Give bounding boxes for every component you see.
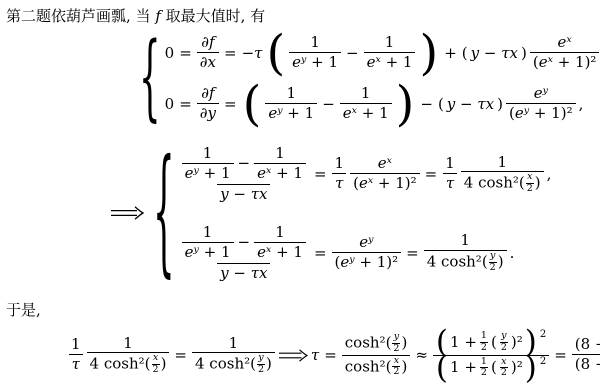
tok: ) [266,355,272,373]
tok: −τ [242,44,263,62]
equation-system-1: { 0 = ∂f ∂x = −τ ( 1 eʸ + 1 − 1 eˣ + 1 )… [139,33,600,124]
den: cosh²(x2) [342,355,411,379]
frac-1-over-ey1: 1 eʸ + 1 [182,144,234,183]
tok: 1 [332,154,348,173]
tok: 1 + [450,358,477,378]
tok: ∂y [197,103,219,124]
tok: 1 [200,144,216,163]
frac-1-over-ex1: 1 eˣ + 1 [364,33,416,72]
tok: eʸ [185,243,199,261]
tok: eʸ [185,164,199,182]
tok: 1 [442,154,458,173]
tok: τ [443,173,457,194]
frac-approx-ratio: ( 1 + 12 ( y2 )² ) 2 ( 1 + 12 ( x2 )² ) … [433,330,549,381]
equation-ratio-y: 1 eʸ + 1 − 1 eˣ + 1 y − τx = eʸ (eʸ + 1)… [179,222,552,284]
frac-ex-over-ex1sq: eˣ (eˣ + 1)² [530,33,600,72]
tok: x [394,356,399,367]
tok: + 1 [199,243,231,261]
tok: 1 [272,223,288,242]
tok: 2 [392,366,400,378]
tok: 4 cosh²( [195,355,256,373]
num: 1 eʸ + 1 − 1 eˣ + 1 [179,143,309,184]
tok: ∂x [197,52,219,73]
tok: ∂f [198,84,217,103]
den: eˣ + 1 [340,103,392,124]
tok: = [312,165,329,183]
tok: 2 [257,364,265,376]
tok: + 1 [357,104,389,122]
tok: eˣ [555,33,575,52]
den: (eʸ + 1)² [506,103,576,124]
small-frac-x-2: x2 [526,172,534,195]
tok: = [222,95,239,113]
tok: ( [438,95,444,113]
tok: 0 [165,44,175,62]
tok: 1 [307,33,323,52]
tok: − [320,95,337,113]
tok: − [344,44,361,62]
frac-1-over-tau: 1 τ [68,335,84,374]
tok: eˣ [539,53,553,71]
tok: 1 [481,331,487,342]
frac-8y2-over-8x2: (8 + y²)² (8 + x²)² [572,335,600,374]
tok: 2 [480,342,488,354]
small-frac-1-2: 12 [480,357,488,380]
tok: 2 [392,343,400,355]
tok: 1 [200,223,216,242]
tok: + 1)² [529,104,573,122]
den: eʸ + 1 [182,163,234,184]
tok: 2 [489,262,497,274]
tok: eʸ [515,104,529,122]
tok: 2 [152,364,160,376]
tok: 1 [358,84,374,103]
tok: = [322,346,339,364]
intro-text-after: 取最大值时, 有 [161,7,265,25]
frac-1-over-4cosh2-y: 1 4 cosh²(y2) [424,231,507,274]
tok: = [423,165,440,183]
small-frac-y-2: y2 [392,332,400,355]
tok: 1 [120,334,136,353]
den: (eˣ + 1)² [530,52,600,73]
tok: x [501,357,506,368]
tok: + 1 [306,53,338,71]
tok: y [501,331,506,342]
small-frac-x-2: x2 [392,356,400,379]
tok: (8 + [575,355,600,373]
tok: + 1 [199,164,231,182]
tok: − [236,233,253,252]
tok: eʸ [268,104,282,122]
cases-brace: { [153,144,175,282]
den: 4 cosh²(y2) [192,352,275,376]
tok: ≈ [413,346,430,364]
tok: ) [161,355,167,373]
tok: eˣ [257,164,271,182]
den: ( 1 + 12 ( x2 )² ) 2 [433,355,549,381]
den: 4 cosh²(x2) [87,352,170,376]
tok: + 1)² [553,53,597,71]
tok: 1 [226,334,242,353]
tok: 2 [500,367,508,379]
tok: 1 [283,84,299,103]
tok: ) [498,253,504,271]
tok: = [312,244,329,262]
tok: = [552,346,569,364]
tok: )² [511,333,523,352]
small-frac-x-2: x2 [152,353,160,376]
tok: 1 [494,153,510,172]
tok: 1 + [450,333,477,352]
tok: + [442,44,459,62]
tok: 1 [382,33,398,52]
den: 4 cosh²(x2) [461,171,544,195]
frac-1-over-4cosh2-y: 1 4 cosh²(y2) [192,334,275,377]
outer-exponent: 2 [540,329,546,342]
frac-1-over-ey1: 1 eʸ + 1 [182,223,234,262]
frac-ex-over-ex1sq: eˣ (eˣ + 1)² [350,154,420,193]
den: eˣ + 1 [254,163,306,184]
tok: 4 cosh²( [427,253,488,271]
small-frac-y-2: y2 [489,251,497,274]
tok: (8 + [575,335,600,353]
frac-cosh-ratio: cosh²(y2) cosh²(x2) [342,332,411,379]
num: cosh²(y2) [342,332,411,355]
tok: )² [511,358,523,378]
equation-system-2: { 1 eʸ + 1 − 1 eˣ + 1 y − τx = [110,143,551,284]
equation-partial-y: 0 = ∂f ∂y = ( 1 eʸ + 1 − 1 eˣ + 1 ) − (y… [165,84,600,123]
tok: eˣ [343,104,357,122]
frac-1-over-tau: 1 τ [332,154,348,193]
tok: , [547,165,552,183]
tok: x [153,353,158,364]
implies-arrow-icon [110,206,144,220]
tok: cosh²( [345,333,392,351]
intro-text-before: 第二题依葫芦画瓢, 当 [6,7,155,25]
den: eˣ + 1 [364,52,416,73]
frac-1-over-ey1: 1 eʸ + 1 [265,84,317,123]
tok: = [172,346,189,364]
tok: τ [311,346,319,364]
den: eʸ + 1 [289,52,341,73]
den: (8 + x²)² [572,354,600,375]
tok: ( [491,333,497,352]
frac-1-over-ex1: 1 eˣ + 1 [254,144,306,183]
tok: 0 [165,95,175,113]
tok: ( [462,44,468,62]
tok: 1 [272,144,288,163]
den: eʸ + 1 [182,242,234,263]
den: (eʸ + 1)² [332,252,402,273]
tok: τ [332,173,346,194]
tok: eˣ [257,243,271,261]
document-page: { "page": { "width": 600, "height": 392,… [0,0,600,392]
tok: y [394,332,399,343]
tok: eʸ [531,84,551,103]
frac-big-ratio: 1 eʸ + 1 − 1 eˣ + 1 y − τx [179,143,309,205]
tok: 1 [481,357,487,368]
cases-brace: { [139,32,161,126]
intro-text: 第二题依葫芦画瓢, 当 f 取最大值时, 有 [6,5,265,26]
frac-1-over-4cosh2-x: 1 4 cosh²(x2) [87,334,170,377]
frac-df-dx: ∂f ∂x [197,33,219,72]
tok: x [527,172,532,183]
tok: 2 [500,342,508,354]
tok: ) [401,333,407,351]
tok: + 1)² [355,253,399,271]
tok: = [404,244,421,262]
tok: 2 [526,183,534,195]
tok: = [222,44,239,62]
equation-partial-x: 0 = ∂f ∂x = −τ ( 1 eʸ + 1 − 1 eˣ + 1 ) +… [165,33,600,72]
tok: τ [69,354,83,375]
tok: + 1 [283,104,315,122]
tok: eʸ [356,233,376,252]
tok: 1 [457,231,473,250]
den: eʸ + 1 [265,103,317,124]
tok: eʸ [340,253,354,271]
frac-df-dy: ∂f ∂y [197,84,219,123]
tok: . [510,244,515,262]
tok: + 1 [271,164,303,182]
tok: y − τx [217,184,270,205]
tok: ) [521,44,527,62]
den: 4 cosh²(y2) [424,250,507,274]
tok: ) [497,95,503,113]
tok: 4 cosh²( [90,355,151,373]
frac-big-ratio: 1 eʸ + 1 − 1 eˣ + 1 y − τx [179,222,309,284]
frac-1-over-tau: 1 τ [442,154,458,193]
tok: eˣ [367,53,381,71]
frac-ey-over-ey1sq: eʸ (eʸ + 1)² [332,233,402,272]
tok: y − τx [471,44,518,62]
tok: ) [401,357,407,375]
tok: + 1)² [373,174,417,192]
tok: ∂f [198,33,217,52]
equation-rows: 1 eʸ + 1 − 1 eˣ + 1 y − τx = 1 τ eˣ (e [179,143,552,284]
den: (eˣ + 1)² [350,173,420,194]
tok: 1 [68,335,84,354]
num: (8 + y²)² [572,335,600,354]
outer-exponent: 2 [540,355,546,368]
tok: cosh²( [345,357,392,375]
equation-rows: 0 = ∂f ∂x = −τ ( 1 eʸ + 1 − 1 eˣ + 1 ) +… [165,33,600,124]
frac-1-over-ex1: 1 eˣ + 1 [340,84,392,123]
tok: , [579,95,584,113]
tok: − [418,95,435,113]
tok: ) [535,174,541,192]
small-frac-y-2: y2 [257,353,265,376]
tok: y − τx [447,95,494,113]
tok: y [258,353,263,364]
small-frac-1-2: 12 [480,331,488,354]
frac-1-over-4cosh2-x: 1 4 cosh²(x2) [461,153,544,196]
tok: = [177,44,194,62]
final-equation: 1 τ 1 4 cosh²(x2) = 1 4 cosh²(y2) τ = co… [68,318,600,392]
tok: ( [491,358,497,378]
num: 1 eʸ + 1 − 1 eˣ + 1 [179,222,309,263]
tok: + 1 [271,243,303,261]
frac-ey-over-ey1sq: eʸ (eʸ + 1)² [506,84,576,123]
frac-1-over-ex1: 1 eˣ + 1 [254,223,306,262]
tok: y [490,251,495,262]
tok: eʸ [292,53,306,71]
den: eˣ + 1 [254,242,306,263]
equation-ratio-x: 1 eʸ + 1 − 1 eˣ + 1 y − τx = 1 τ eˣ (e [179,143,552,205]
frac-1-over-ey1: 1 eʸ + 1 [289,33,341,72]
tok: + 1 [381,53,413,71]
tok: 4 cosh²( [464,174,525,192]
small-frac-x-2: x2 [500,357,508,380]
tok: eˣ [359,174,373,192]
tok: eˣ [375,154,395,173]
small-frac-y-2: y2 [500,331,508,354]
thus-text: 于是, [6,299,41,320]
tok: = [177,95,194,113]
implies-arrow-icon [278,349,308,362]
tok: 2 [480,367,488,379]
tok: − [236,154,253,173]
tok: y − τx [217,263,270,284]
